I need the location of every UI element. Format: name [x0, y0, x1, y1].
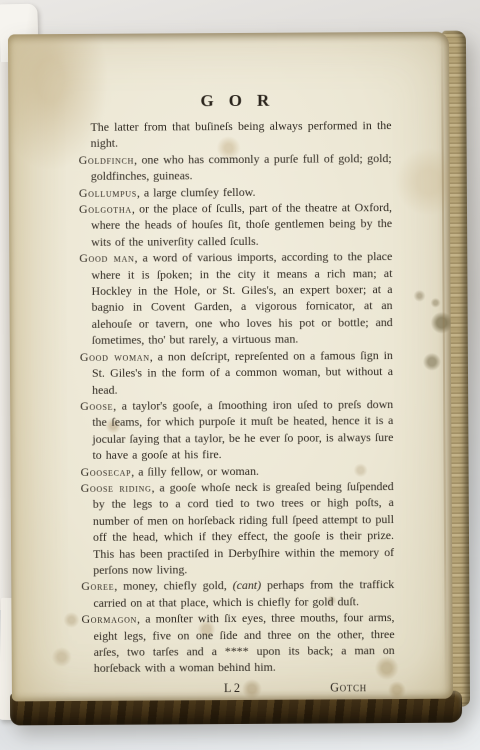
- dictionary-entry: Goldfinch, one who has commonly a purſe …: [79, 150, 392, 185]
- catchword: Gotch: [330, 680, 367, 695]
- gathering-signature: L 2: [224, 681, 240, 696]
- entry-definition-text: , one who has commonly a purſe full of g…: [91, 151, 392, 183]
- page-crease: [441, 32, 447, 699]
- entry-definition-text: , or the place of ſculls, part of the th…: [91, 200, 392, 249]
- dictionary-entry: The latter from that buſineſs being alwa…: [78, 117, 391, 152]
- dictionary-entry: Gollumpus, a large clumſey fellow.: [79, 183, 392, 201]
- entry-headword: Goose: [80, 399, 113, 413]
- dictionary-entry: Goree, money, chiefly gold, (cant) perha…: [81, 576, 394, 611]
- entry-headword: Goose riding: [81, 480, 152, 494]
- entry-definition-text: , a large clumſey fellow.: [137, 185, 256, 200]
- book-page: GOR The latter from that buſineſs being …: [8, 32, 453, 702]
- dictionary-entry: Goose riding, a gooſe whoſe neck is grea…: [81, 478, 395, 578]
- dictionary-entry: Gormagon, a monſter with ſix eyes, three…: [81, 609, 394, 677]
- entry-headword: Good man: [79, 251, 134, 265]
- entry-definition-text: The latter from that buſineſs being alwa…: [90, 118, 391, 150]
- page-text-block: GOR The latter from that buſineſs being …: [78, 90, 395, 698]
- open-book: GOR The latter from that buſineſs being …: [4, 23, 470, 726]
- entry-headword: Goree: [81, 579, 114, 593]
- dictionary-entry: Good woman, a non deſcript, repreſented …: [80, 347, 393, 398]
- entry-headword: Goosecap: [81, 464, 132, 478]
- entry-definition-text: , a word of various imports, according t…: [91, 249, 392, 347]
- dictionary-entry: Golgotha, or the place of ſculls, part o…: [79, 199, 392, 250]
- page-footer: L 2 Gotch: [82, 680, 395, 698]
- entry-headword: Goldfinch: [79, 152, 134, 166]
- entry-cant-marker: (cant): [233, 578, 261, 592]
- running-head: GOR: [78, 90, 391, 112]
- entry-definition-text: , a taylor's gooſe, a ſmoothing iron uſe…: [92, 397, 393, 462]
- entry-headword: Golgotha: [79, 202, 132, 216]
- entry-definition-text: , a ſilly fellow, or woman.: [131, 463, 259, 478]
- entry-headword: Good woman: [80, 349, 150, 363]
- entry-definition-text: , money, chiefly gold,: [114, 578, 233, 593]
- entry-headword: Gormagon: [81, 612, 137, 626]
- dictionary-entry: Goosecap, a ſilly fellow, or woman.: [81, 462, 394, 480]
- dictionary-entry: Goose, a taylor's gooſe, a ſmoothing iro…: [80, 396, 393, 464]
- entry-headword: Gollumpus: [79, 185, 137, 199]
- entries: The latter from that buſineſs being alwa…: [78, 117, 394, 677]
- entry-definition-text: , a monſter with ſix eyes, three mouths,…: [94, 610, 395, 675]
- dictionary-entry: Good man, a word of various imports, acc…: [79, 248, 393, 348]
- photograph-of-book-page: GOR The latter from that buſineſs being …: [0, 0, 480, 750]
